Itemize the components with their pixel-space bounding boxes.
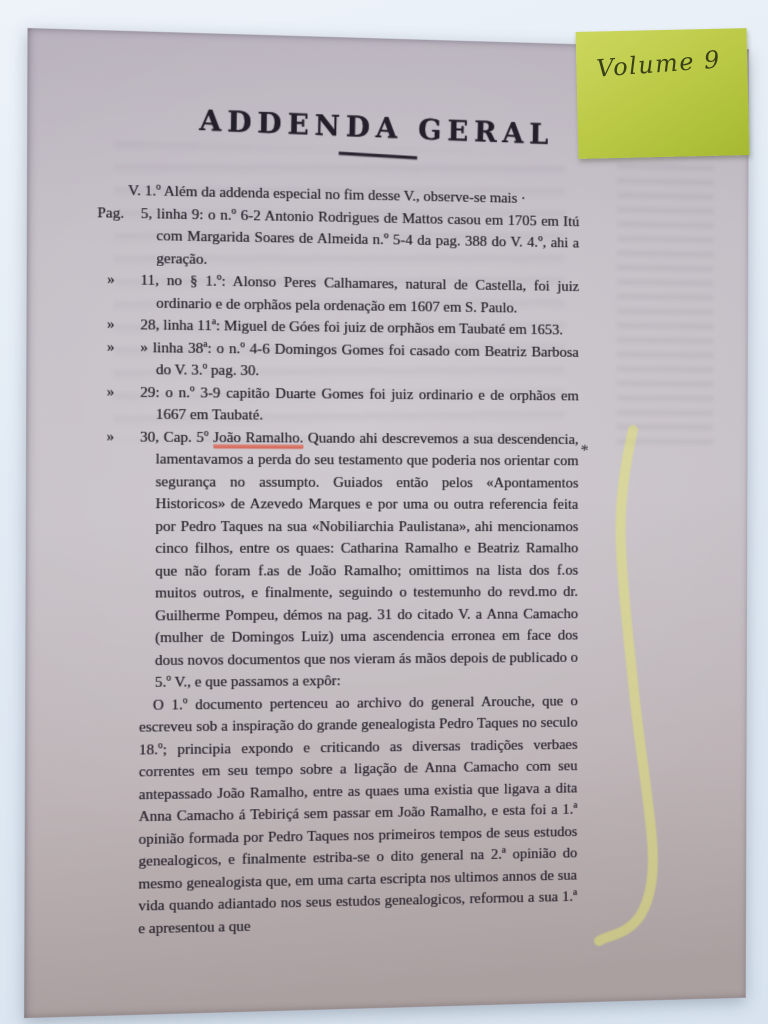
addenda-entry-joao-ramalho: » 30, Cap. 5º João Ramalho. Quando ahi d… (139, 426, 579, 694)
book-page: ADDENDA GERAL V. 1.º Além da addenda esp… (24, 28, 749, 1018)
entry-marker: » (107, 269, 144, 292)
photo-surface: ADDENDA GERAL V. 1.º Além da addenda esp… (0, 0, 768, 1024)
entry-text-prefix: 30, Cap. 5º (140, 428, 213, 445)
entry-body: 11, no § 1.º: Alonso Peres Calhamares, n… (140, 270, 579, 320)
entry-body: 30, Cap. 5º João Ramalho. Quando ahi des… (139, 426, 579, 694)
sticky-note: Volume 9 (576, 28, 750, 159)
body-paragraph: O 1.º documento pertenceu ao archivo do … (138, 690, 578, 940)
title-block: ADDENDA GERAL (106, 100, 642, 167)
footnote-asterisk-mark: * (579, 441, 590, 461)
entry-marker: » (107, 381, 144, 404)
addenda-content: V. 1.º Além da addenda especial no fim d… (138, 180, 579, 940)
entry-body: 29: o n.º 3-9 capitão Duarte Gomes foi j… (140, 382, 579, 429)
sticky-note-text: Volume 9 (595, 45, 721, 82)
page-title: ADDENDA GERAL (106, 100, 642, 155)
entry-text-rest: Quando ahi descrevemos a sua descendenci… (155, 429, 579, 691)
addenda-entry: » 29: o n.º 3-9 capitão Duarte Gomes foi… (140, 382, 579, 429)
entry-marker: Pag. (97, 202, 135, 225)
entry-body: » linha 38ª: o n.º 4-6 Domingos Gomes fo… (140, 337, 579, 386)
entry-marker: » (107, 336, 144, 359)
addenda-entry: » 11, no § 1.º: Alonso Peres Calhamares,… (140, 270, 579, 320)
entry-marker: » (106, 426, 143, 449)
addenda-entry: » » linha 38ª: o n.º 4-6 Domingos Gomes … (140, 337, 579, 386)
entry-marker: » (107, 314, 144, 337)
entry-body: 5, linha 9: o n.º 6-2 Antonio Rodrigues … (141, 203, 580, 277)
addenda-entry: Pag. 5, linha 9: o n.º 6-2 Antonio Rodri… (141, 203, 580, 277)
joao-ramalho-red-underline: João Ramalho. (213, 429, 303, 449)
title-rule (339, 152, 417, 160)
